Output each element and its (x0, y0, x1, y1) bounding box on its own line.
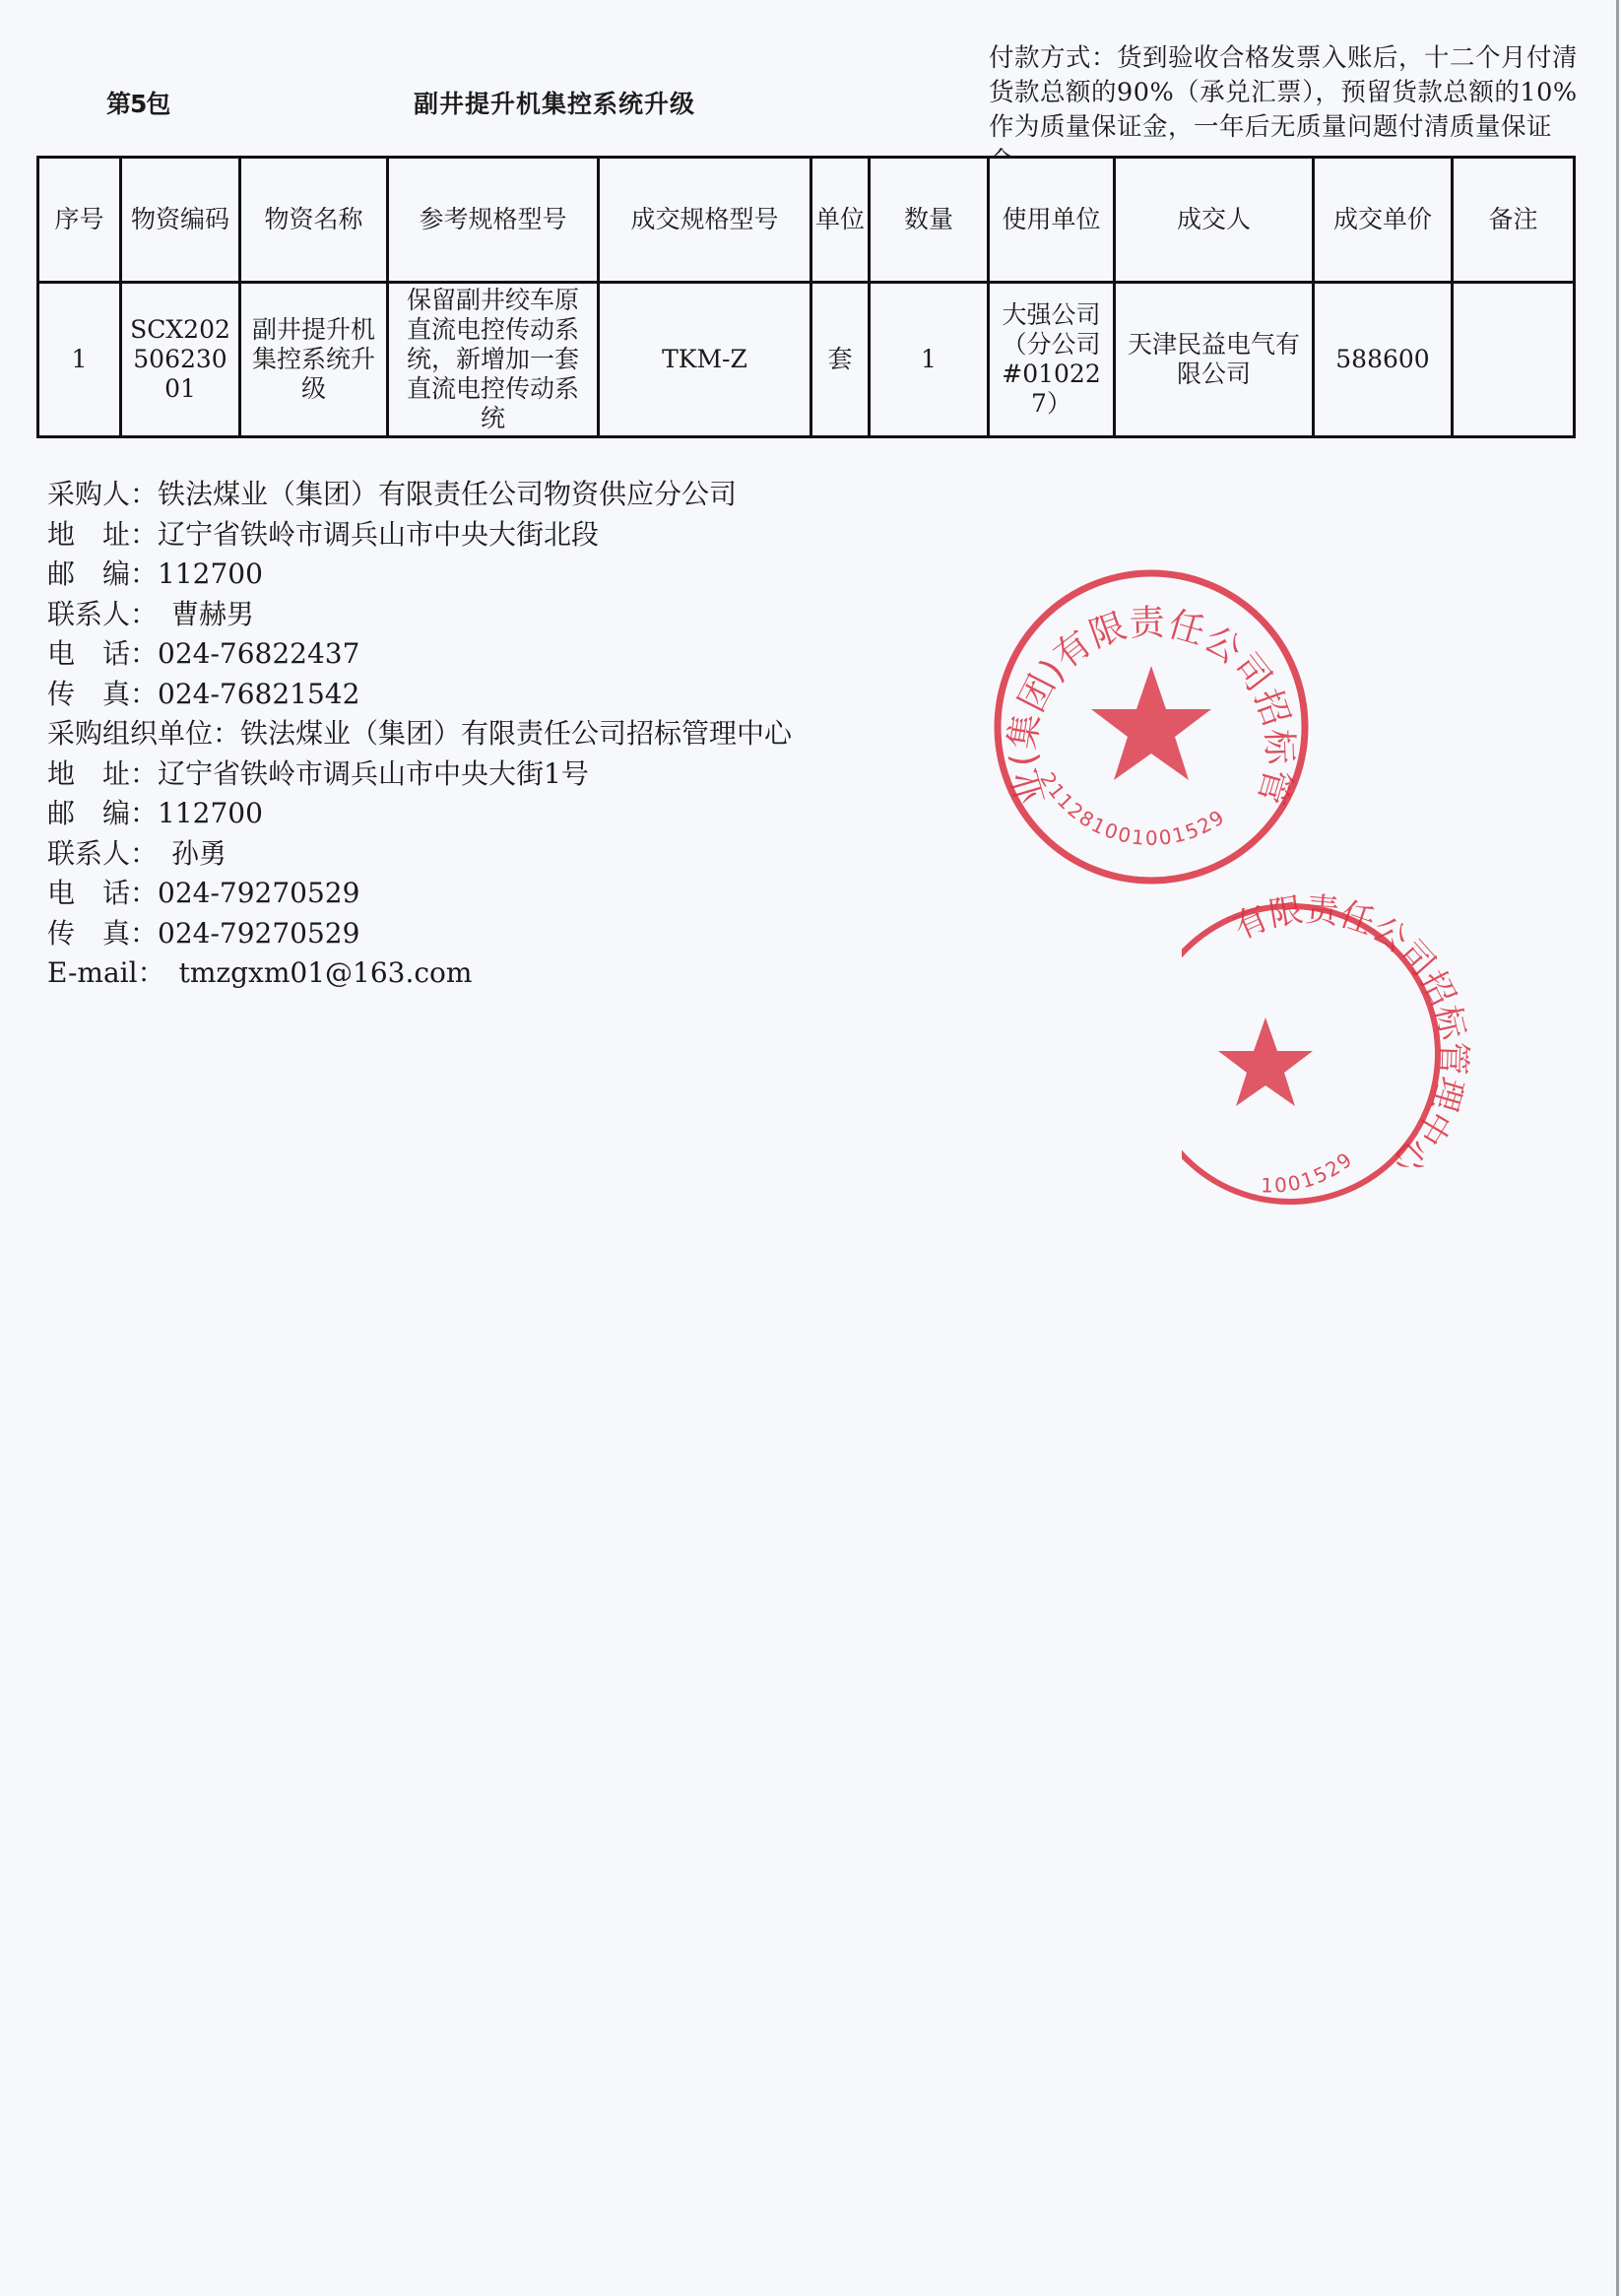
purchaser-contact-row: 联系人：曹赫男 (47, 595, 792, 635)
agency-email: tmzgxm01@163.com (179, 956, 473, 989)
agency-contact-label: 联系人： (47, 837, 158, 870)
purchaser-postcode-row: 邮 编：112700 (47, 555, 792, 595)
purchaser-name: 铁法煤业（集团）有限责任公司物资供应分公司 (158, 478, 737, 510)
seal-code: 211281001001529 (1035, 768, 1229, 850)
purchaser-fax: 024-76821542 (158, 678, 359, 710)
table-header-row: 序号 物资编码 物资名称 参考规格型号 成交规格型号 单位 数量 使用单位 成交… (38, 158, 1575, 283)
svg-text:铁法煤业(集团)有限责任公司招标管理中心: 铁法煤业(集团)有限责任公司招标管理中心 (988, 563, 1299, 810)
purchaser-address-row: 地 址：辽宁省铁岭市调兵山市中央大街北段 (47, 515, 792, 556)
purchaser-contact: 曹赫男 (171, 598, 254, 630)
agency-email-label: E-mail： (47, 956, 165, 989)
star-icon (1091, 666, 1211, 780)
agency-phone-label: 电 话： (47, 877, 158, 909)
purchaser-postcode-label: 邮 编： (47, 558, 158, 590)
cell-no-text: 1 (39, 345, 119, 374)
col-header-code: 物资编码 (121, 158, 240, 283)
agency-fax-row: 传 真：024-79270529 (47, 914, 792, 954)
cell-user-unit: 大强公司（分公司#010227） (989, 283, 1115, 437)
agency-postcode: 112700 (158, 797, 263, 829)
col-header-unit: 单位 (811, 158, 870, 283)
col-header-winner: 成交人 (1115, 158, 1314, 283)
cell-unit-text: 套 (812, 345, 868, 374)
table-row: 1 SCX20250623001 副井提升机集控系统升级 保留副井绞车原直流电控… (38, 283, 1575, 437)
cell-qty: 1 (870, 283, 989, 437)
cell-deal-spec: TKM-Z (599, 283, 811, 437)
agency-name: 铁法煤业（集团）有限责任公司招标管理中心 (240, 717, 792, 750)
agency-postcode-row: 邮 编：112700 (47, 794, 792, 834)
agency-name-row: 采购组织单位：铁法煤业（集团）有限责任公司招标管理中心 (47, 714, 792, 754)
seal-stamp-icon: 铁法煤业(集团)有限责任公司招标管理中心 211281001001529 (988, 563, 1315, 890)
cell-winner: 天津民益电气有限公司 (1115, 283, 1314, 437)
company-seal-partial: 有限责任公司招标管理中心 1001529 (1182, 882, 1502, 1216)
cell-no: 1 (38, 283, 121, 437)
purchaser-name-label: 采购人： (47, 478, 158, 510)
svg-text:211281001001529: 211281001001529 (1035, 768, 1229, 850)
cell-ref-spec: 保留副井绞车原直流电控传动系统，新增加一套直流电控传动系统 (388, 283, 599, 437)
purchaser-phone-label: 电 话： (47, 637, 158, 670)
contact-info: 采购人：铁法煤业（集团）有限责任公司物资供应分公司 地 址：辽宁省铁岭市调兵山市… (47, 475, 792, 994)
page-edge (1616, 0, 1619, 2296)
cell-qty-text: 1 (871, 345, 987, 374)
cell-ref-spec-text: 保留副井绞车原直流电控传动系统，新增加一套直流电控传动系统 (389, 284, 597, 433)
package-label: 第5包 (106, 85, 169, 120)
seal-text: 铁法煤业(集团)有限责任公司招标管理中心 (988, 563, 1299, 810)
col-header-name: 物资名称 (240, 158, 388, 283)
award-table: 序号 物资编码 物资名称 参考规格型号 成交规格型号 单位 数量 使用单位 成交… (36, 156, 1576, 438)
purchaser-fax-label: 传 真： (47, 678, 158, 710)
col-header-ref-spec: 参考规格型号 (388, 158, 599, 283)
cell-unit-price: 588600 (1314, 283, 1453, 437)
agency-address-label: 地 址： (47, 757, 158, 790)
purchaser-name-row: 采购人：铁法煤业（集团）有限责任公司物资供应分公司 (47, 475, 792, 515)
purchaser-fax-row: 传 真：024-76821542 (47, 675, 792, 715)
payment-terms: 付款方式：货到验收合格发票入账后，十二个月付清货款总额的90%（承兑汇票），预留… (989, 41, 1580, 158)
agency-address: 辽宁省铁岭市调兵山市中央大街1号 (158, 757, 589, 790)
cell-name-text: 副井提升机集控系统升级 (241, 315, 386, 404)
seal-stamp-icon: 有限责任公司招标管理中心 1001529 (1182, 882, 1502, 1216)
agency-contact: 孙勇 (171, 837, 227, 870)
cell-user-unit-text: 大强公司（分公司#010227） (990, 300, 1113, 419)
agency-contact-row: 联系人：孙勇 (47, 834, 792, 875)
agency-phone: 024-79270529 (158, 877, 359, 909)
star-icon (1218, 1017, 1313, 1106)
agency-postcode-label: 邮 编： (47, 797, 158, 829)
agency-phone-row: 电 话：024-79270529 (47, 874, 792, 914)
col-header-no: 序号 (38, 158, 121, 283)
agency-name-label: 采购组织单位： (47, 717, 240, 750)
agency-email-row: E-mail：tmzgxm01@163.com (47, 953, 792, 994)
cell-name: 副井提升机集控系统升级 (240, 283, 388, 437)
purchaser-postcode: 112700 (158, 558, 263, 590)
cell-code: SCX20250623001 (121, 283, 240, 437)
purchaser-address-label: 地 址： (47, 518, 158, 551)
purchaser-contact-label: 联系人： (47, 598, 158, 630)
company-seal-full: 铁法煤业(集团)有限责任公司招标管理中心 211281001001529 (988, 563, 1315, 890)
col-header-remark: 备注 (1453, 158, 1575, 283)
cell-winner-text: 天津民益电气有限公司 (1116, 330, 1312, 389)
col-header-qty: 数量 (870, 158, 989, 283)
agency-fax: 024-79270529 (158, 917, 359, 950)
cell-code-text: SCX20250623001 (122, 315, 238, 404)
cell-unit-price-text: 588600 (1315, 345, 1451, 374)
agency-fax-label: 传 真： (47, 917, 158, 950)
purchaser-address: 辽宁省铁岭市调兵山市中央大街北段 (158, 518, 599, 551)
purchaser-phone: 024-76822437 (158, 637, 359, 670)
cell-unit: 套 (811, 283, 870, 437)
agency-address-row: 地 址：辽宁省铁岭市调兵山市中央大街1号 (47, 754, 792, 795)
purchaser-phone-row: 电 话：024-76822437 (47, 634, 792, 675)
project-title: 副井提升机集控系统升级 (414, 85, 695, 120)
col-header-deal-spec: 成交规格型号 (599, 158, 811, 283)
col-header-unit-price: 成交单价 (1314, 158, 1453, 283)
cell-deal-spec-text: TKM-Z (600, 345, 810, 374)
col-header-user-unit: 使用单位 (989, 158, 1115, 283)
cell-remark (1453, 283, 1575, 437)
